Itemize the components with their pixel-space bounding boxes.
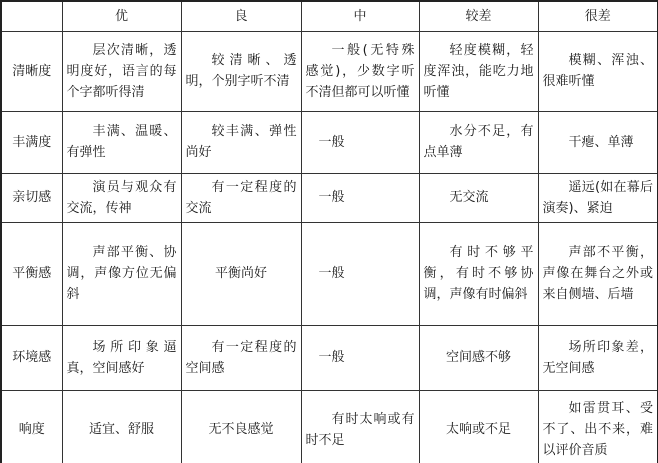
header-row: 优 良 中 较差 很差 xyxy=(1,1,658,31)
cell-medium: 一般 xyxy=(301,173,419,222)
cell-very-poor: 模糊、浑浊、很难听懂 xyxy=(538,31,658,111)
cell-very-poor: 如雷贯耳、受不了、出不来，难以评价音质 xyxy=(538,390,658,463)
cell-medium: 一般 xyxy=(301,111,419,173)
cell-very-poor: 声部不平衡，声像在舞台之外或来自侧墙、后墙 xyxy=(538,222,658,325)
header-very-poor: 很差 xyxy=(538,1,658,31)
table-row-fullness: 丰满度 丰满、温暖、有弹性 较丰满、弹性尚好 一般 水分不足，有点单薄 干瘪、单… xyxy=(1,111,658,173)
cell-very-poor: 干瘪、单薄 xyxy=(538,111,658,173)
cell-good: 较丰满、弹性尚好 xyxy=(181,111,301,173)
cell-poor: 太响或不足 xyxy=(419,390,538,463)
row-label: 环境感 xyxy=(1,325,62,390)
cell-good: 有一定程度的交流 xyxy=(181,173,301,222)
row-label: 丰满度 xyxy=(1,111,62,173)
cell-medium: 一般 xyxy=(301,325,419,390)
table-row-clarity: 清晰度 层次清晰，透明度好，语言的每个字都听得清 较清晰、透明，个别字听不清 一… xyxy=(1,31,658,111)
row-label: 响度 xyxy=(1,390,62,463)
table-row-balance: 平衡感 声部平衡、协调，声像方位无偏斜 平衡尚好 一般 有时不够平衡，有时不够协… xyxy=(1,222,658,325)
cell-good: 平衡尚好 xyxy=(181,222,301,325)
row-label: 平衡感 xyxy=(1,222,62,325)
cell-poor: 水分不足，有点单薄 xyxy=(419,111,538,173)
cell-good: 有一定程度的空间感 xyxy=(181,325,301,390)
cell-excellent: 适宜、舒服 xyxy=(62,390,181,463)
cell-good: 无不良感觉 xyxy=(181,390,301,463)
cell-very-poor: 遥远(如在幕后演奏)、紧迫 xyxy=(538,173,658,222)
cell-poor: 有时不够平衡，有时不够协调，声像有时偏斜 xyxy=(419,222,538,325)
cell-excellent: 丰满、温暖、有弹性 xyxy=(62,111,181,173)
table-row-intimacy: 亲切感 演员与观众有交流，传神 有一定程度的交流 一般 无交流 遥远(如在幕后演… xyxy=(1,173,658,222)
cell-medium: 一般 xyxy=(301,222,419,325)
cell-poor: 空间感不够 xyxy=(419,325,538,390)
cell-excellent: 演员与观众有交流，传神 xyxy=(62,173,181,222)
header-corner xyxy=(1,1,62,31)
cell-poor: 无交流 xyxy=(419,173,538,222)
header-poor: 较差 xyxy=(419,1,538,31)
table-row-ambience: 环境感 场所印象逼真，空间感好 有一定程度的空间感 一般 空间感不够 场所印象差… xyxy=(1,325,658,390)
row-label: 亲切感 xyxy=(1,173,62,222)
cell-poor: 轻度模糊，轻度浑浊，能吃力地听懂 xyxy=(419,31,538,111)
row-label: 清晰度 xyxy=(1,31,62,111)
cell-very-poor: 场所印象差，无空间感 xyxy=(538,325,658,390)
cell-excellent: 声部平衡、协调，声像方位无偏斜 xyxy=(62,222,181,325)
cell-excellent: 场所印象逼真，空间感好 xyxy=(62,325,181,390)
header-excellent: 优 xyxy=(62,1,181,31)
sound-quality-evaluation-table: 优 良 中 较差 很差 清晰度 层次清晰，透明度好，语言的每个字都听得清 较清晰… xyxy=(0,0,658,463)
cell-medium: 有时太响或有时不足 xyxy=(301,390,419,463)
table-row-loudness: 响度 适宜、舒服 无不良感觉 有时太响或有时不足 太响或不足 如雷贯耳、受不了、… xyxy=(1,390,658,463)
header-medium: 中 xyxy=(301,1,419,31)
cell-good: 较清晰、透明，个别字听不清 xyxy=(181,31,301,111)
cell-excellent: 层次清晰，透明度好，语言的每个字都听得清 xyxy=(62,31,181,111)
header-good: 良 xyxy=(181,1,301,31)
cell-medium: 一般(无特殊感觉)，少数字听不清但都可以听懂 xyxy=(301,31,419,111)
